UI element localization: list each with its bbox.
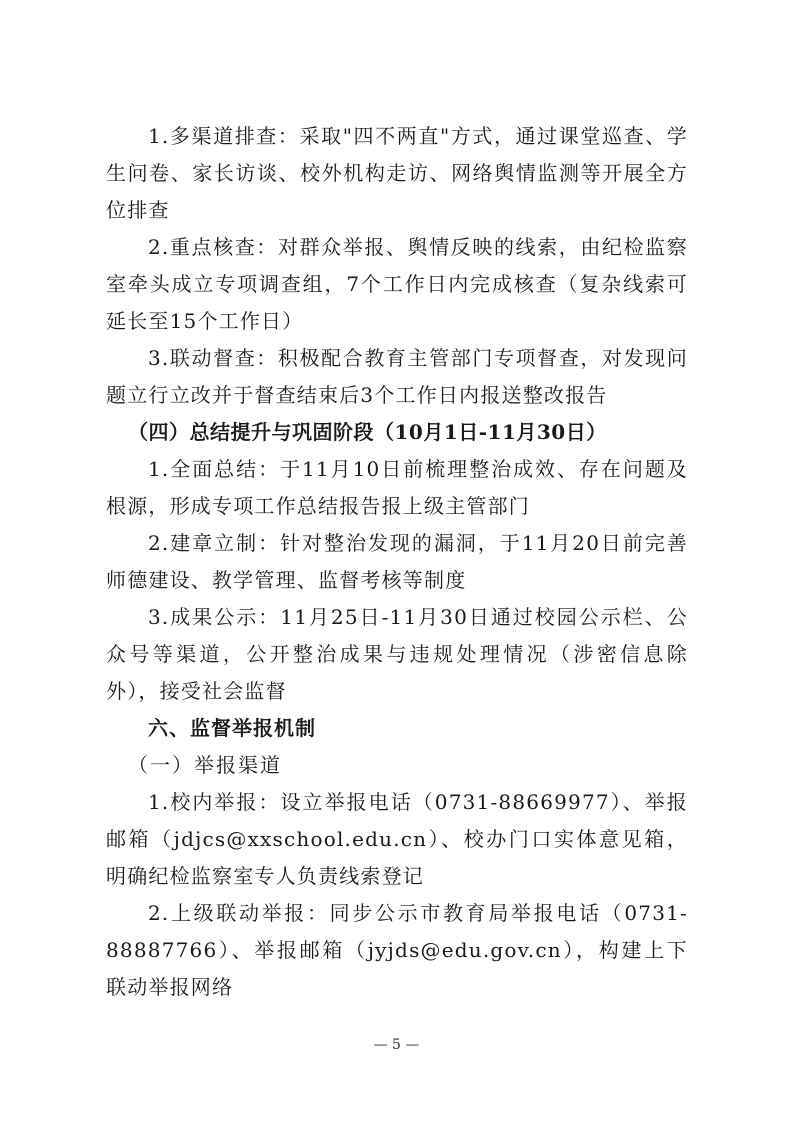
stage-heading-summary: （四）总结提升与巩固阶段（10月1日-11月30日）	[106, 414, 688, 451]
page-number: — 5 —	[0, 1037, 793, 1053]
paragraph-multichannel-check: 1.多渠道排查：采取"四不两直"方式，通过课堂巡查、学生问卷、家长访谈、校外机构…	[106, 118, 688, 229]
paragraph-results-publicity: 3.成果公示：11月25日-11月30日通过校园公示栏、公众号等渠道，公开整治成…	[106, 599, 688, 710]
paragraph-key-verification: 2.重点核查：对群众举报、舆情反映的线索，由纪检监察室牵头成立专项调查组，7个工…	[106, 229, 688, 340]
paragraph-higher-level-report: 2.上级联动举报：同步公示市教育局举报电话（0731-88887766）、举报邮…	[106, 895, 688, 1006]
paragraph-comprehensive-summary: 1.全面总结：于11月10日前梳理整治成效、存在问题及根源，形成专项工作总结报告…	[106, 451, 688, 525]
paragraph-joint-supervision: 3.联动督查：积极配合教育主管部门专项督查，对发现问题立行立改并于督查结束后3个…	[106, 340, 688, 414]
paragraph-internal-report: 1.校内举报：设立举报电话（0731-88669977）、举报邮箱（jdjcs@…	[106, 784, 688, 895]
document-page: 1.多渠道排查：采取"四不两直"方式，通过课堂巡查、学生问卷、家长访谈、校外机构…	[106, 118, 688, 1006]
section-heading-supervision: 六、监督举报机制	[106, 710, 688, 747]
sub-heading-report-channels: （一）举报渠道	[106, 747, 688, 784]
paragraph-establish-rules: 2.建章立制：针对整治发现的漏洞，于11月20日前完善师德建设、教学管理、监督考…	[106, 525, 688, 599]
